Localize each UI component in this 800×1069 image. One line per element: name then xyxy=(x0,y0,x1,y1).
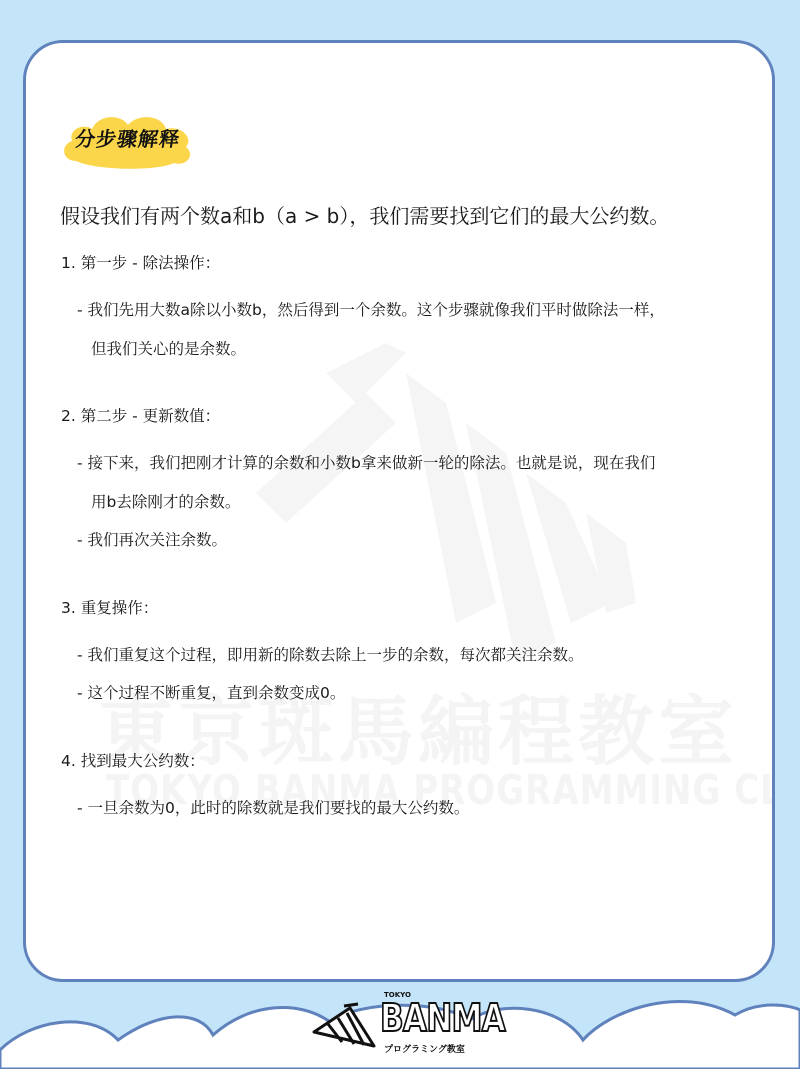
step-heading: 3. 重复操作： xyxy=(61,598,761,618)
bullet-line: - 接下来，我们把刚才计算的余数和小数b拿来做新一轮的除法。也就是说，现在我们 xyxy=(91,444,761,483)
bullet-line: - 我们再次关注余数。 xyxy=(91,521,761,560)
step-4: 4. 找到最大公约数： - 一旦余数为0，此时的除数就是我们要找的最大公约数。 xyxy=(61,751,761,828)
step-1: 1. 第一步 - 除法操作： - 我们先用大数a除以小数b，然后得到一个余数。这… xyxy=(61,253,761,368)
step-heading: 2. 第二步 - 更新数值： xyxy=(61,406,761,426)
intro-text: 假设我们有两个数a和b（a > b），我们需要找到它们的最大公约数。 xyxy=(60,200,775,229)
badge-label: 分步骤解释 xyxy=(64,123,192,152)
zebra-horn-icon xyxy=(310,1002,380,1052)
step-bullet: - 这个过程不断重复，直到余数变成0。 xyxy=(69,674,761,713)
section-badge: 分步骤解释 xyxy=(58,109,198,171)
bullet-line: - 这个过程不断重复，直到余数变成0。 xyxy=(91,674,761,713)
step-bullet: - 接下来，我们把刚才计算的余数和小数b拿来做新一轮的除法。也就是说，现在我们 … xyxy=(69,444,761,521)
content-card: 東京斑馬編程教室 TOKYO BANMA PROGRAMMING CLASSRO… xyxy=(23,40,775,982)
bullet-line: - 我们先用大数a除以小数b，然后得到一个余数。这个步骤就像我们平时做除法一样， xyxy=(91,291,761,330)
step-bullet: - 我们再次关注余数。 xyxy=(69,521,761,560)
banma-logo: TOKYO BANMA プログラミング教室 xyxy=(310,990,490,1060)
bullet-line: 用b去除刚才的余数。 xyxy=(91,483,761,522)
logo-brand: BANMA xyxy=(380,996,505,1040)
logo-subtitle: プログラミング教室 xyxy=(382,1042,467,1055)
steps-list: 1. 第一步 - 除法操作： - 我们先用大数a除以小数b，然后得到一个余数。这… xyxy=(61,253,761,865)
step-bullet: - 我们先用大数a除以小数b，然后得到一个余数。这个步骤就像我们平时做除法一样，… xyxy=(69,291,761,368)
step-2: 2. 第二步 - 更新数值： - 接下来，我们把刚才计算的余数和小数b拿来做新一… xyxy=(61,406,761,560)
step-heading: 4. 找到最大公约数： xyxy=(61,751,761,771)
bullet-line: - 我们重复这个过程，即用新的除数去除上一步的余数，每次都关注余数。 xyxy=(91,636,761,675)
step-bullet: - 一旦余数为0，此时的除数就是我们要找的最大公约数。 xyxy=(69,789,761,828)
step-bullet: - 我们重复这个过程，即用新的除数去除上一步的余数，每次都关注余数。 xyxy=(69,636,761,675)
bullet-line: - 一旦余数为0，此时的除数就是我们要找的最大公约数。 xyxy=(91,789,761,828)
step-heading: 1. 第一步 - 除法操作： xyxy=(61,253,761,273)
bullet-line: 但我们关心的是余数。 xyxy=(91,330,761,369)
step-3: 3. 重复操作： - 我们重复这个过程，即用新的除数去除上一步的余数，每次都关注… xyxy=(61,598,761,713)
